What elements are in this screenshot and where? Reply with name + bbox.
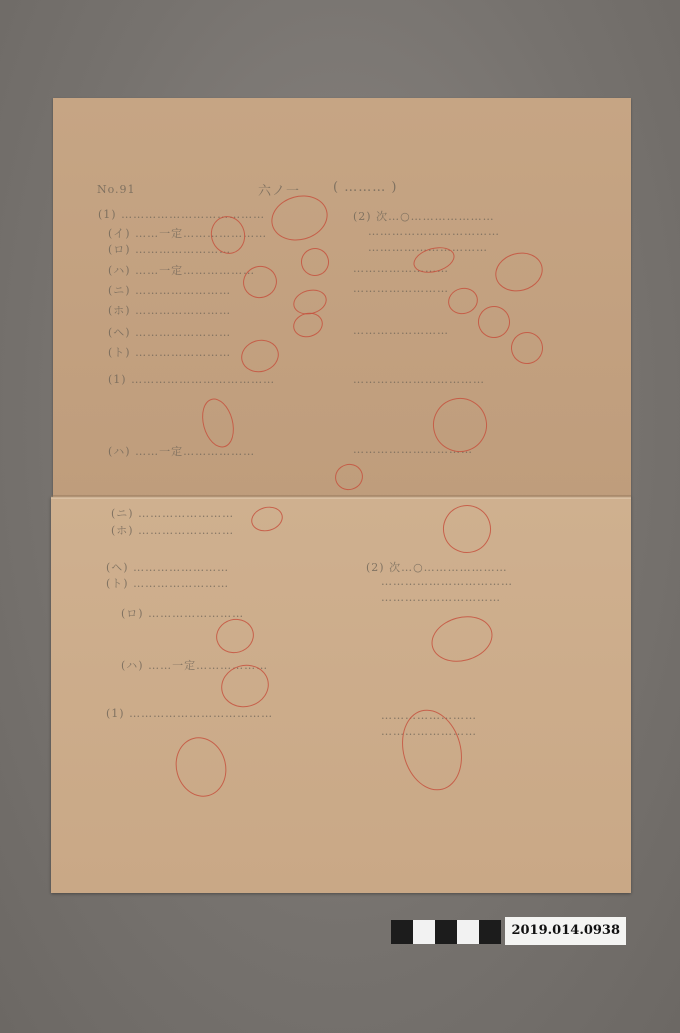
handwritten-line: …………………………… — [368, 225, 500, 238]
catalog-label: 2019.014.0938 — [391, 917, 626, 947]
red-circle-mark — [438, 500, 497, 559]
handwritten-line: ………………………… — [381, 591, 501, 604]
handwritten-line: …………………… — [353, 324, 449, 337]
red-circle-mark — [507, 328, 546, 367]
handwritten-line: …………………………… — [381, 575, 513, 588]
handwritten-line: (ホ) …………………… — [111, 522, 234, 538]
red-circle-mark — [491, 247, 547, 296]
handwritten-line: (ニ) …………………… — [108, 282, 231, 298]
document-sheet-lower: (ニ) …………………… (ホ) …………………… (ヘ) …………………… (… — [51, 497, 631, 893]
paper-fold-line — [51, 495, 631, 499]
handwritten-line: (1) ……………………………… — [106, 707, 273, 720]
color-scale-white — [457, 920, 479, 944]
catalog-number: 2019.014.0938 — [505, 917, 626, 945]
handwritten-line: …………………………… — [353, 373, 485, 386]
handwritten-line: (ハ) ……一定……………… — [108, 443, 255, 459]
color-scale-black — [435, 920, 457, 944]
handwritten-line: (ト) …………………… — [108, 344, 231, 360]
red-circle-mark — [474, 302, 513, 341]
handwritten-line: (ハ) ……一定……………… — [108, 262, 255, 278]
red-circle-mark — [238, 336, 283, 377]
handwritten-line: (2) 次…○………………… — [353, 208, 495, 224]
red-circle-mark — [290, 310, 325, 341]
handwritten-line: (2) 次…○………………… — [366, 559, 508, 575]
handwritten-line: …………………… — [353, 282, 449, 295]
red-circle-mark — [169, 732, 233, 803]
red-circle-mark — [332, 461, 366, 493]
handwritten-line: (ト) …………………… — [106, 575, 229, 591]
page-number: No.91 — [97, 183, 136, 196]
handwritten-line: (ヘ) …………………… — [106, 559, 229, 575]
handwritten-line: (1) ……………………………… — [108, 373, 275, 386]
color-scale-black — [479, 920, 501, 944]
red-circle-mark — [212, 615, 258, 658]
heading-note: ( ……… ) — [333, 180, 397, 195]
color-scale-white — [413, 920, 435, 944]
handwritten-line: (ロ) …………………… — [121, 605, 244, 621]
red-circle-mark — [298, 245, 332, 279]
red-circle-mark — [426, 610, 497, 669]
document-sheet-upper: No.91 六ノ一 ( ……… ) (1) ……………………………… (イ) …… — [53, 98, 631, 498]
handwritten-line: (ニ) …………………… — [111, 505, 234, 521]
handwritten-line: (ヘ) …………………… — [108, 324, 231, 340]
red-circle-mark — [445, 285, 481, 318]
red-circle-mark — [248, 503, 285, 534]
handwritten-line: (ホ) …………………… — [108, 302, 231, 318]
color-scale-black — [391, 920, 413, 944]
handwritten-line: (1) ……………………………… — [98, 208, 265, 221]
